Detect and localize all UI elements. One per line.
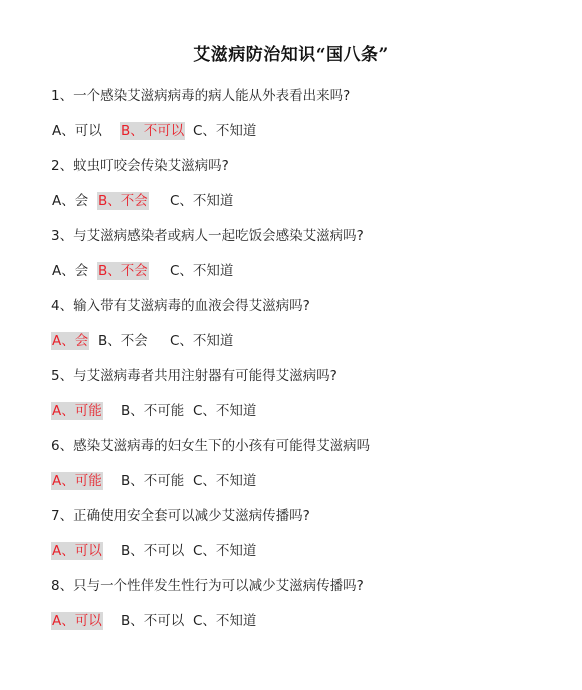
question-text: 5、与艾滋病毒者共用注射器有可能得艾滋病吗?	[51, 367, 551, 385]
option-b: B、不可能	[120, 402, 185, 420]
question-text: 8、只与一个性伴发生性行为可以减少艾滋病传播吗?	[51, 577, 551, 595]
document-title: 艾滋病防治知识“国八条”	[0, 40, 582, 65]
question-block-5: 5、与艾滋病毒者共用注射器有可能得艾滋病吗? A、可能 B、不可能 C、不知道	[51, 367, 551, 385]
question-text: 2、蚊虫叮咬会传染艾滋病吗?	[51, 157, 551, 175]
option-a: A、会	[51, 262, 89, 280]
option-a: A、可以	[51, 122, 103, 140]
question-text: 3、与艾滋病感染者或病人一起吃饭会感染艾滋病吗?	[51, 227, 551, 245]
question-text: 7、正确使用安全套可以减少艾滋病传播吗?	[51, 507, 551, 525]
question-block-3: 3、与艾滋病感染者或病人一起吃饭会感染艾滋病吗? A、会 B、不会 C、不知道	[51, 227, 551, 245]
option-b: B、不会	[97, 332, 149, 350]
question-block-2: 2、蚊虫叮咬会传染艾滋病吗? A、会 B、不会 C、不知道	[51, 157, 551, 175]
question-block-8: 8、只与一个性伴发生性行为可以减少艾滋病传播吗? A、可以 B、不可以 C、不知…	[51, 577, 551, 595]
option-a-correct: A、可以	[51, 612, 103, 630]
question-block-4: 4、输入带有艾滋病毒的血液会得艾滋病吗? A、会 B、不会 C、不知道	[51, 297, 551, 315]
option-c: C、不知道	[169, 192, 234, 210]
option-b: B、不可以	[120, 612, 185, 630]
option-b: B、不可能	[120, 472, 185, 490]
option-a-correct: A、可能	[51, 402, 103, 420]
option-a-correct: A、可能	[51, 472, 103, 490]
question-block-1: 1、一个感染艾滋病病毒的病人能从外表看出来吗? A、可以 B、不可以 C、不知道	[51, 87, 551, 105]
option-a-correct: A、会	[51, 332, 89, 350]
option-a: A、会	[51, 192, 89, 210]
option-c: C、不知道	[192, 542, 257, 560]
option-c: C、不知道	[192, 402, 257, 420]
option-c: C、不知道	[192, 472, 257, 490]
option-b-correct: B、不会	[97, 262, 149, 280]
option-b-correct: B、不会	[97, 192, 149, 210]
option-b: B、不可以	[120, 542, 185, 560]
question-block-6: 6、感染艾滋病毒的妇女生下的小孩有可能得艾滋病吗 A、可能 B、不可能 C、不知…	[51, 437, 551, 455]
option-b-correct: B、不可以	[120, 122, 185, 140]
question-block-7: 7、正确使用安全套可以减少艾滋病传播吗? A、可以 B、不可以 C、不知道	[51, 507, 551, 525]
option-c: C、不知道	[169, 332, 234, 350]
option-c: C、不知道	[192, 612, 257, 630]
option-c: C、不知道	[192, 122, 257, 140]
question-text: 4、输入带有艾滋病毒的血液会得艾滋病吗?	[51, 297, 551, 315]
question-text: 6、感染艾滋病毒的妇女生下的小孩有可能得艾滋病吗	[51, 437, 551, 455]
option-a-correct: A、可以	[51, 542, 103, 560]
option-c: C、不知道	[169, 262, 234, 280]
question-text: 1、一个感染艾滋病病毒的病人能从外表看出来吗?	[51, 87, 551, 105]
